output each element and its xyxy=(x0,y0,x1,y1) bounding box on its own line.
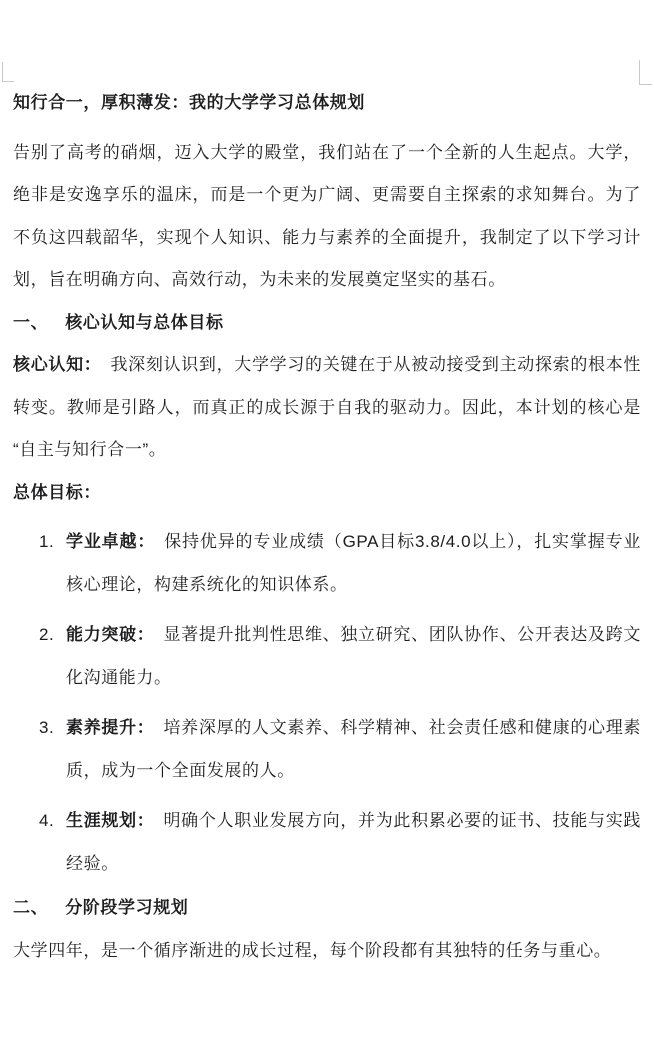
goal-label: 素养提升： xyxy=(66,718,154,737)
goal-content: 生涯规划：明确个人职业发展方向，并为此积累必要的证书、技能与实践经验。 xyxy=(66,800,641,885)
goal-item-academic: 1. 学业卓越：保持优异的专业成绩（GPA目标3.8/4.0以上），扎实掌握专业… xyxy=(13,521,641,606)
goal-label: 学业卓越： xyxy=(66,532,155,551)
document-page: 知行合一，厚积薄发：我的大学学习总体规划 告别了高考的硝烟，迈入大学的殿堂，我们… xyxy=(0,0,654,1064)
section-2-intro-paragraph: 大学四年，是一个循序渐进的成长过程，每个阶段都有其独特的任务与重心。 xyxy=(13,930,641,973)
section-1-number: 一、 xyxy=(13,313,48,332)
text-boundary-mark-left xyxy=(2,62,14,82)
goal-number: 3. xyxy=(39,707,66,792)
section-1-heading: 一、核心认知与总体目标 xyxy=(13,302,641,345)
goal-content: 学业卓越：保持优异的专业成绩（GPA目标3.8/4.0以上），扎实掌握专业核心理… xyxy=(66,521,641,606)
intro-paragraph: 告别了高考的硝烟，迈入大学的殿堂，我们站在了一个全新的人生起点。大学，绝非是安逸… xyxy=(13,132,641,302)
section-2-number: 二、 xyxy=(13,898,48,917)
section-2-heading: 二、分阶段学习规划 xyxy=(13,887,641,930)
goal-label: 能力突破： xyxy=(66,625,154,644)
goal-item-career: 4. 生涯规划：明确个人职业发展方向，并为此积累必要的证书、技能与实践经验。 xyxy=(13,800,641,885)
goal-content: 能力突破：显著提升批判性思维、独立研究、团队协作、公开表达及跨文化沟通能力。 xyxy=(66,614,641,699)
overall-goals-label: 总体目标： xyxy=(13,472,641,515)
section-1-heading-text: 核心认知与总体目标 xyxy=(65,313,223,332)
section-2-heading-text: 分阶段学习规划 xyxy=(65,898,188,917)
goal-content: 素养提升：培养深厚的人文素养、科学精神、社会责任感和健康的心理素质，成为一个全面… xyxy=(66,707,641,792)
goal-number: 1. xyxy=(39,521,66,606)
goal-label: 生涯规划： xyxy=(66,811,154,830)
goal-item-ability: 2. 能力突破：显著提升批判性思维、独立研究、团队协作、公开表达及跨文化沟通能力… xyxy=(13,614,641,699)
core-cognition-label: 核心认知： xyxy=(13,355,101,374)
goals-list: 1. 学业卓越：保持优异的专业成绩（GPA目标3.8/4.0以上），扎实掌握专业… xyxy=(13,521,641,885)
core-cognition-text: 我深刻认识到，大学学习的关键在于从被动接受到主动探索的根本性转变。教师是引路人，… xyxy=(13,355,641,459)
goal-number: 2. xyxy=(39,614,66,699)
core-cognition-paragraph: 核心认知：我深刻认识到，大学学习的关键在于从被动接受到主动探索的根本性转变。教师… xyxy=(13,344,641,472)
goal-number: 4. xyxy=(39,800,66,885)
goal-item-quality: 3. 素养提升：培养深厚的人文素养、科学精神、社会责任感和健康的心理素质，成为一… xyxy=(13,707,641,792)
document-title: 知行合一，厚积薄发：我的大学学习总体规划 xyxy=(13,82,641,125)
text-boundary-mark-right xyxy=(639,60,652,85)
